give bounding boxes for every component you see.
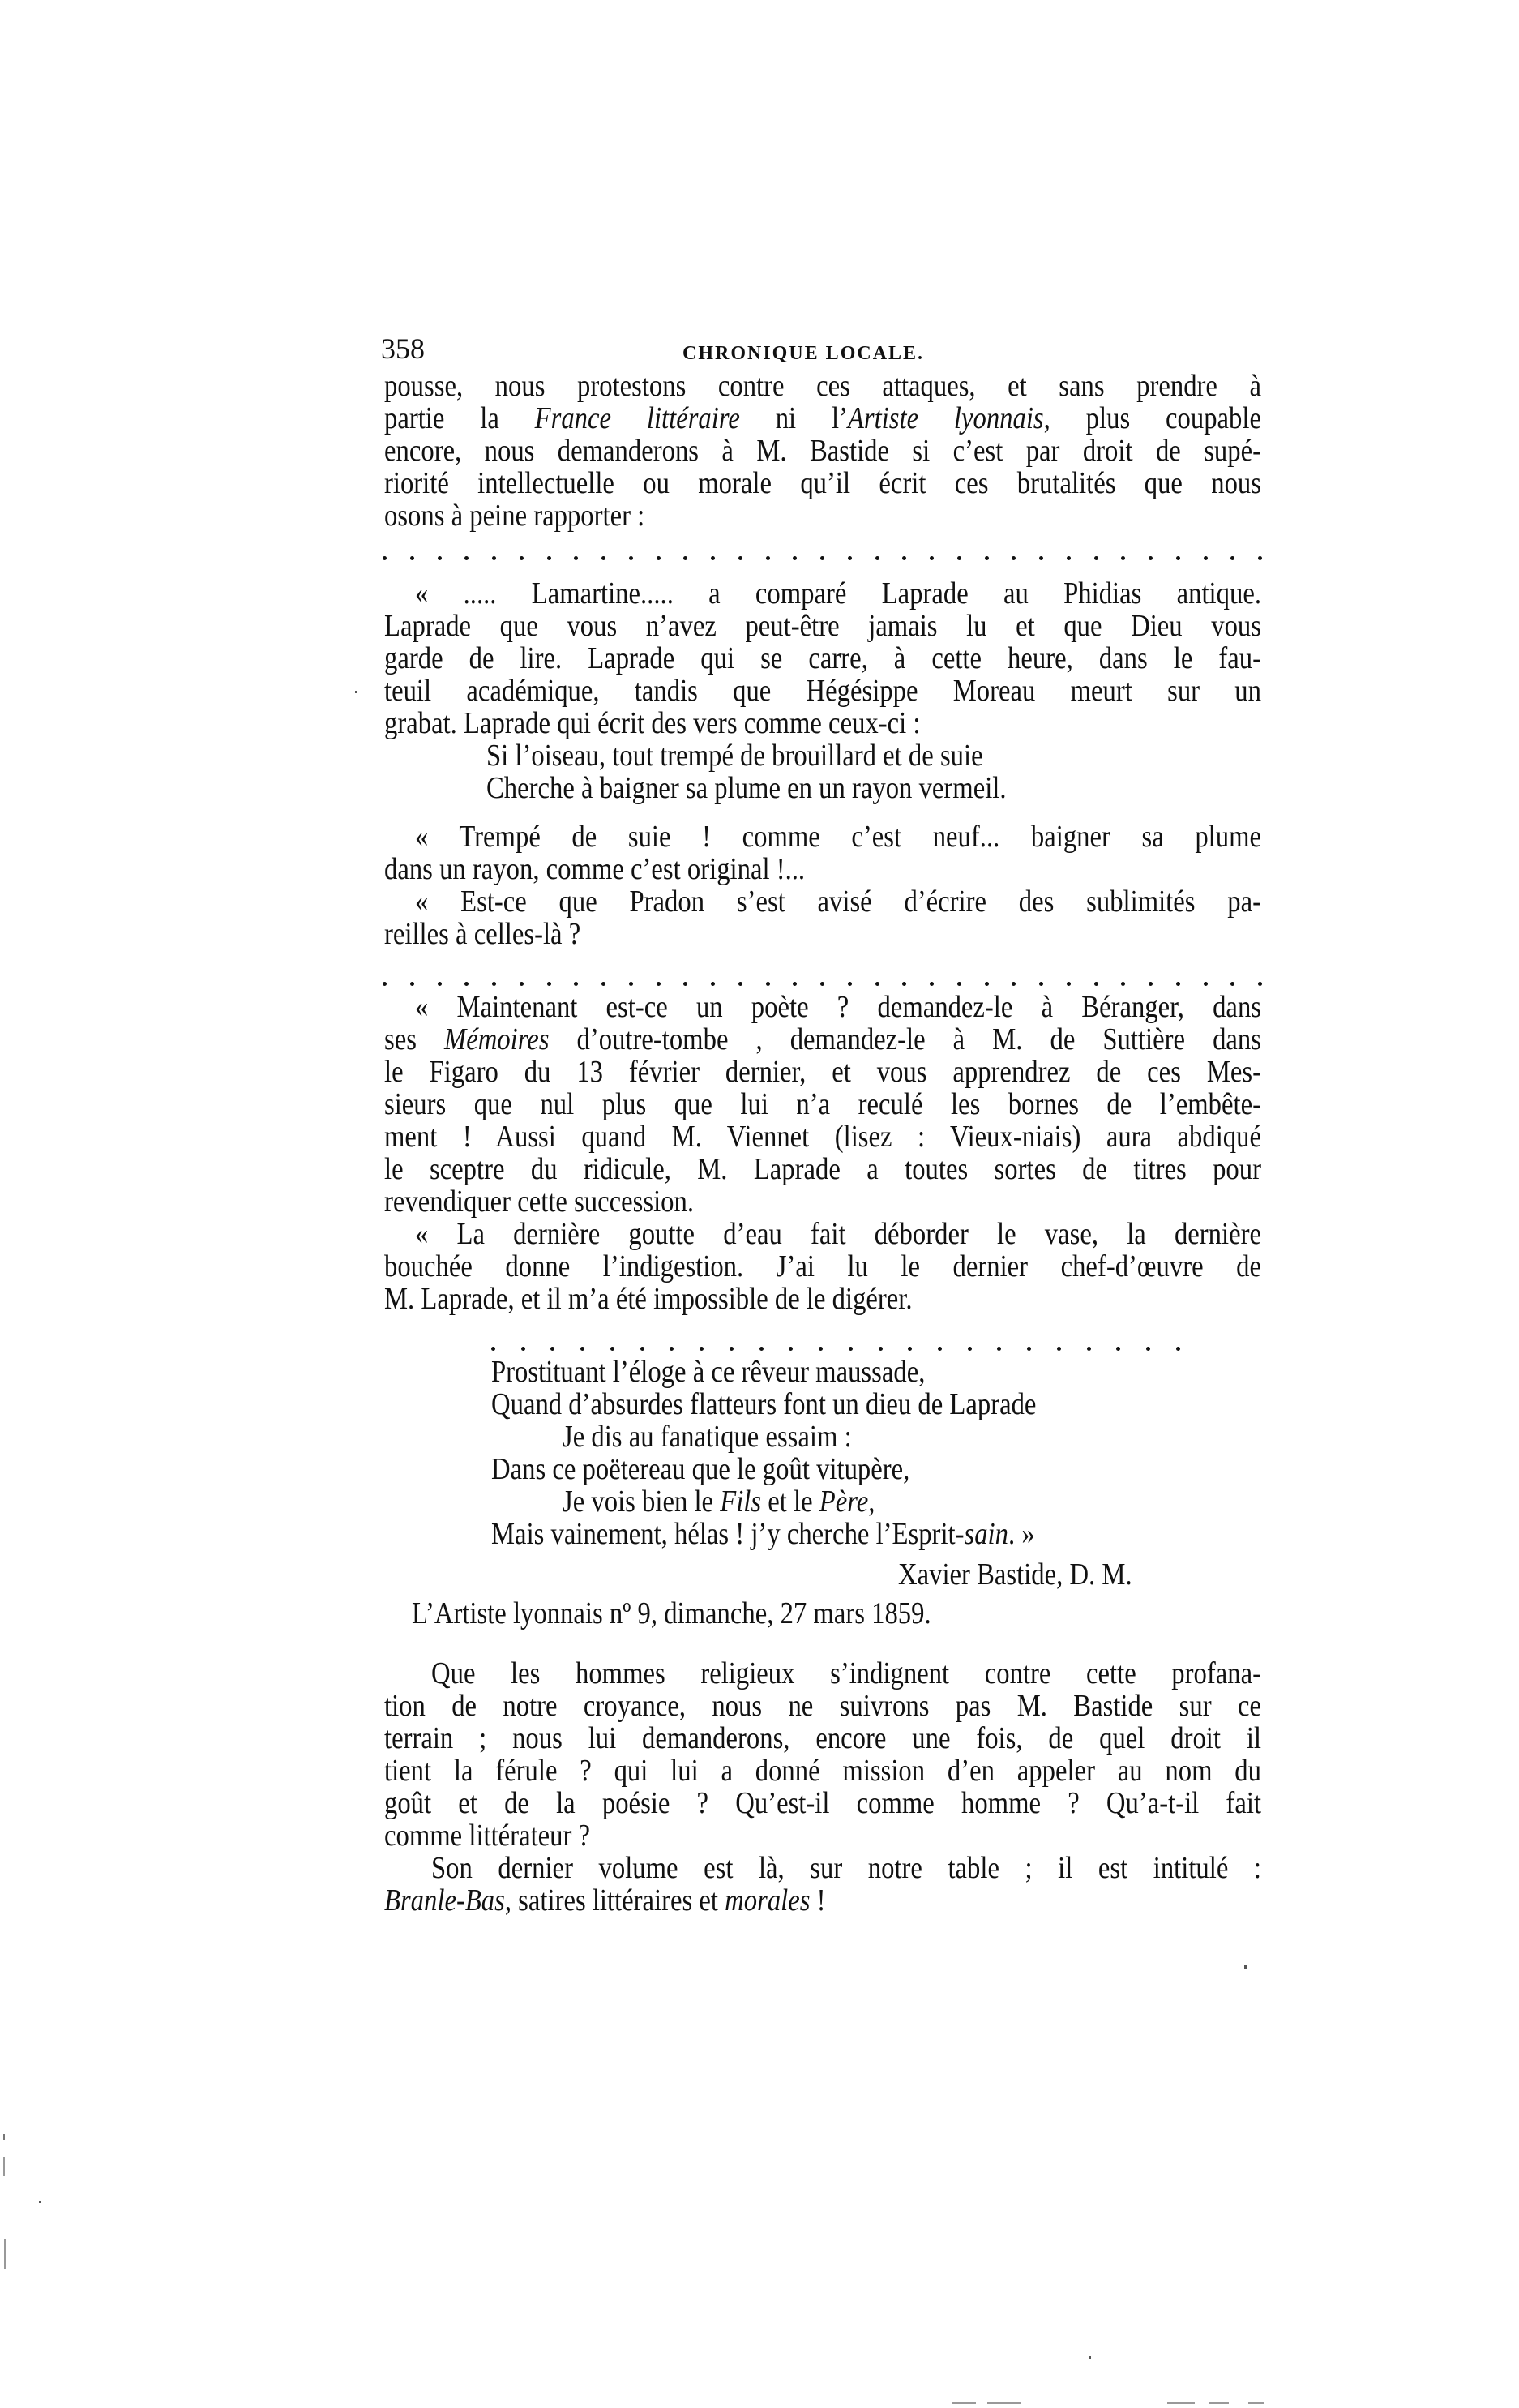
dot <box>1012 982 1016 986</box>
text-line: goût et de la poésie ? Qu’est-il comme h… <box>384 1787 1261 1819</box>
scan-mark <box>1209 2402 1229 2404</box>
dot <box>730 1347 734 1351</box>
text-line: tient la férule ? qui lui a donné missio… <box>384 1755 1261 1787</box>
dot <box>492 982 496 986</box>
text-line: encore, nous demanderons à M. Bastide si… <box>384 435 1261 467</box>
dot <box>1116 1347 1120 1351</box>
text-line: « Maintenant est-ce un poète ? demandez-… <box>415 991 1261 1023</box>
dot <box>766 556 770 560</box>
dot <box>547 982 551 986</box>
dot <box>849 1347 853 1351</box>
book-page: 358 CHRONIQUE LOCALE. pousse, nous prote… <box>0 0 1519 2408</box>
dot <box>938 1347 942 1351</box>
text-line: « Trempé de suie ! comme c’est neuf... b… <box>415 821 1261 853</box>
text-line: Je dis au fanatique essaim : <box>563 1420 852 1453</box>
dot <box>789 1347 793 1351</box>
scan-mark <box>3 2134 5 2140</box>
italic-title: Artiste lyonnais <box>848 401 1044 435</box>
dot <box>848 982 852 986</box>
dot <box>1012 556 1016 560</box>
text-line: tion de notre croyance, nous ne suivrons… <box>384 1690 1261 1722</box>
dot <box>848 556 852 560</box>
dot <box>1176 556 1180 560</box>
dot <box>629 556 633 560</box>
dot <box>819 1347 823 1351</box>
dot <box>610 1347 614 1351</box>
text-line: comme littérateur ? <box>384 1819 590 1852</box>
text-line: Prostituant l’éloge à ce rêveur maussade… <box>491 1356 925 1388</box>
text-line: Mais vainement, hélas ! j’y cherche l’Es… <box>491 1518 1035 1550</box>
ellipsis-dot-rule <box>383 556 1262 561</box>
italic-title: Mémoires <box>444 1022 549 1056</box>
text-line: pousse, nous protestons contre ces attaq… <box>384 370 1261 402</box>
text-line: Que les hommes religieux s’indignent con… <box>431 1657 1261 1690</box>
dot <box>1067 982 1071 986</box>
dot <box>879 1347 883 1351</box>
text-line: Quand d’absurdes flatteurs font un dieu … <box>491 1388 1036 1420</box>
italic-title: Fils <box>720 1485 761 1519</box>
dot <box>670 1347 674 1351</box>
dot <box>820 556 824 560</box>
text-line: riorité intellectuelle ou morale qu’il é… <box>384 467 1261 499</box>
dot <box>1258 982 1262 986</box>
scan-mark <box>355 691 357 693</box>
dot <box>520 556 524 560</box>
text-line: « La dernière goutte d’eau fait déborder… <box>415 1218 1261 1250</box>
text-line: ses Mémoires d’outre-tombe , demandez-le… <box>384 1023 1261 1056</box>
text-line: le sceptre du ridicule, M. Laprade a tou… <box>384 1153 1261 1185</box>
scan-mark <box>39 2201 41 2203</box>
dot <box>1087 1347 1091 1351</box>
dot <box>383 556 387 560</box>
dot <box>491 1347 495 1351</box>
dot <box>902 982 906 986</box>
dot <box>908 1347 912 1351</box>
dot <box>957 556 961 560</box>
scan-mark <box>1089 2356 1091 2359</box>
italic-title: Branle-Bas <box>384 1883 505 1917</box>
dot <box>793 982 797 986</box>
scan-mark <box>1248 2402 1264 2404</box>
dot <box>1039 982 1043 986</box>
dot <box>601 982 605 986</box>
dot <box>438 556 442 560</box>
page-number: 358 <box>381 332 425 365</box>
dot <box>902 556 906 560</box>
text-line: osons à peine rapporter : <box>384 499 644 532</box>
dot <box>410 982 414 986</box>
dot <box>968 1347 972 1351</box>
scan-mark <box>4 2239 6 2269</box>
dot <box>1176 982 1180 986</box>
dot <box>711 556 715 560</box>
scan-mark <box>987 2402 1021 2404</box>
dot <box>438 982 442 986</box>
dot <box>1121 982 1125 986</box>
text-line: partie la France littéraire ni l’Artiste… <box>384 402 1261 435</box>
text-line: Branle-Bas, satires littéraires et moral… <box>384 1884 826 1917</box>
text-line: reilles à celles-là ? <box>384 918 580 950</box>
scan-mark <box>952 2402 976 2404</box>
dot <box>930 982 934 986</box>
dot <box>1067 556 1071 560</box>
text-line: Si l’oiseau, tout trempé de brouillard e… <box>486 739 983 772</box>
text-line: « ..... Lamartine..... a comparé Laprade… <box>415 577 1261 610</box>
text-line: grabat. Laprade qui écrit des vers comme… <box>384 707 920 739</box>
dot <box>820 982 824 986</box>
dot <box>640 1347 644 1351</box>
italic-title: morales <box>725 1883 810 1917</box>
dot <box>700 1347 704 1351</box>
dot <box>574 982 578 986</box>
text-line: terrain ; nous lui demanderons, encore u… <box>384 1722 1261 1755</box>
dot <box>1094 556 1098 560</box>
text-line: le Figaro du 13 février dernier, et vous… <box>384 1056 1261 1088</box>
text-line: M. Laprade, et il m’a été impossible de … <box>384 1283 913 1315</box>
dot <box>875 982 879 986</box>
scan-mark <box>1167 2402 1195 2404</box>
dot <box>766 982 770 986</box>
dot <box>464 556 469 560</box>
dot <box>1176 1347 1180 1351</box>
dot <box>985 982 989 986</box>
text-line: Je vois bien le Fils et le Père, <box>563 1485 875 1518</box>
text-line: Dans ce poëtereau que le goût vitupère, <box>491 1453 909 1485</box>
text-line: Xavier Bastide, D. M. <box>898 1558 1132 1591</box>
dot <box>1039 556 1043 560</box>
dot <box>550 1347 554 1351</box>
dot <box>521 1347 525 1351</box>
dot <box>520 982 524 986</box>
text-line: ment ! Aussi quand M. Viennet (lisez : V… <box>384 1120 1261 1153</box>
dot <box>738 982 742 986</box>
dot <box>1149 556 1153 560</box>
running-head: CHRONIQUE LOCALE. <box>682 337 924 370</box>
scan-mark <box>3 2157 5 2176</box>
dot <box>997 1347 1001 1351</box>
dot <box>759 1347 764 1351</box>
text-line: bouchée donne l’indigestion. J’ai lu le … <box>384 1250 1261 1283</box>
dot <box>1230 982 1234 986</box>
dot <box>1146 1347 1150 1351</box>
dot <box>1057 1347 1061 1351</box>
dot <box>1204 982 1208 986</box>
text-line: Laprade que vous n’avez peut-être jamais… <box>384 610 1261 642</box>
dot <box>683 982 687 986</box>
text-line: dans un rayon, comme c’est original !... <box>384 853 805 885</box>
dot <box>657 556 661 560</box>
text-line: Cherche à baigner sa plume en un rayon v… <box>486 772 1007 804</box>
dot <box>875 556 879 560</box>
dot <box>1149 982 1153 986</box>
text-line: garde de lire. Laprade qui se carre, à c… <box>384 642 1261 675</box>
dot <box>574 556 578 560</box>
text-line: revendiquer cette succession. <box>384 1185 694 1218</box>
dot <box>711 982 715 986</box>
dot <box>547 556 551 560</box>
dot <box>1258 556 1262 560</box>
dot <box>1230 556 1234 560</box>
text-line: sieurs que nul plus que lui n’a reculé l… <box>384 1088 1261 1120</box>
dot <box>957 982 961 986</box>
ellipsis-dot-rule <box>383 982 1262 987</box>
text-line: « Est-ce que Pradon s’est avisé d’écrire… <box>415 885 1261 918</box>
italic-title: France littéraire <box>535 401 740 435</box>
dot <box>492 556 496 560</box>
dot <box>930 556 934 560</box>
dot <box>793 556 797 560</box>
dot <box>1121 556 1125 560</box>
dot <box>601 556 605 560</box>
dot <box>580 1347 584 1351</box>
scan-mark <box>1244 1965 1247 1969</box>
ellipsis-dot-rule <box>491 1347 1180 1352</box>
italic-title: sain <box>964 1517 1008 1551</box>
text-line: teuil académique, tandis que Hégésippe M… <box>384 675 1261 707</box>
text-line: L’Artiste lyonnais nº 9, dimanche, 27 ma… <box>412 1597 931 1630</box>
dot <box>1204 556 1208 560</box>
dot <box>464 982 469 986</box>
text-line: Son dernier volume est là, sur notre tab… <box>431 1852 1261 1884</box>
dot <box>985 556 989 560</box>
dot <box>410 556 414 560</box>
dot <box>683 556 687 560</box>
italic-title: Père <box>819 1485 868 1519</box>
dot <box>629 982 633 986</box>
dot <box>738 556 742 560</box>
dot <box>1094 982 1098 986</box>
dot <box>383 982 387 986</box>
dot <box>1027 1347 1031 1351</box>
dot <box>657 982 661 986</box>
